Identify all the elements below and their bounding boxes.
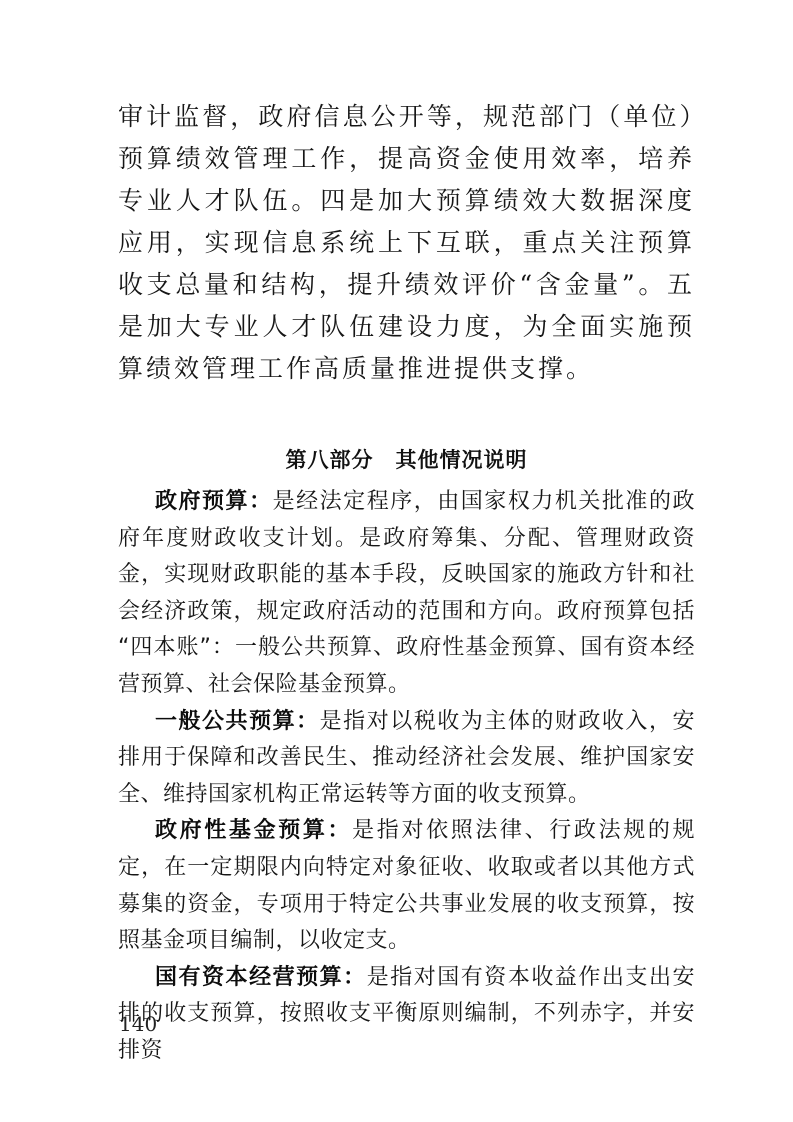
definition-paragraph-government-budget: 政府预算：是经法定程序，由国家权力机关批准的政府年度财政收支计划。是政府筹集、分… xyxy=(118,484,695,704)
definition-paragraph-state-capital-budget: 国有资本经营预算：是指对国有资本收益作出支出安排的收支预算，按照收支平衡原则编制… xyxy=(118,960,695,1070)
term-text: 政府预算 xyxy=(155,489,249,514)
definition-paragraph-general-public-budget: 一般公共预算：是指对以税收为主体的财政收入，安排用于保障和改善民生、推动经济社会… xyxy=(118,704,695,814)
definition-paragraph-government-fund-budget: 政府性基金预算：是指对依照法律、行政法规的规定，在一定期限内向特定对象征收、收取… xyxy=(118,813,695,959)
definition-text: 是经法定程序，由国家权力机关批准的政府年度财政收支计划。是政府筹集、分配、管理财… xyxy=(118,489,695,697)
term-government-fund-budget: 政府性基金预算： xyxy=(155,818,352,843)
term-separator: ： xyxy=(343,965,367,990)
term-separator: ： xyxy=(328,818,353,843)
term-government-budget: 政府预算： xyxy=(155,489,273,514)
section-heading: 第八部分 其他情况说明 xyxy=(118,442,695,478)
document-page: 审计监督，政府信息公开等，规范部门（单位）预算绩效管理工作，提高资金使用效率，培… xyxy=(0,0,793,1122)
continuation-paragraph: 审计监督，政府信息公开等，规范部门（单位）预算绩效管理工作，提高资金使用效率，培… xyxy=(118,96,695,390)
term-state-capital-budget: 国有资本经营预算： xyxy=(155,965,367,990)
term-general-public-budget: 一般公共预算： xyxy=(155,709,320,734)
page-number: 140 xyxy=(119,1012,157,1036)
term-separator: ： xyxy=(296,709,320,734)
term-separator: ： xyxy=(249,489,273,514)
term-text: 国有资本经营预算 xyxy=(155,965,343,990)
term-text: 政府性基金预算 xyxy=(155,818,328,843)
term-text: 一般公共预算 xyxy=(155,709,296,734)
